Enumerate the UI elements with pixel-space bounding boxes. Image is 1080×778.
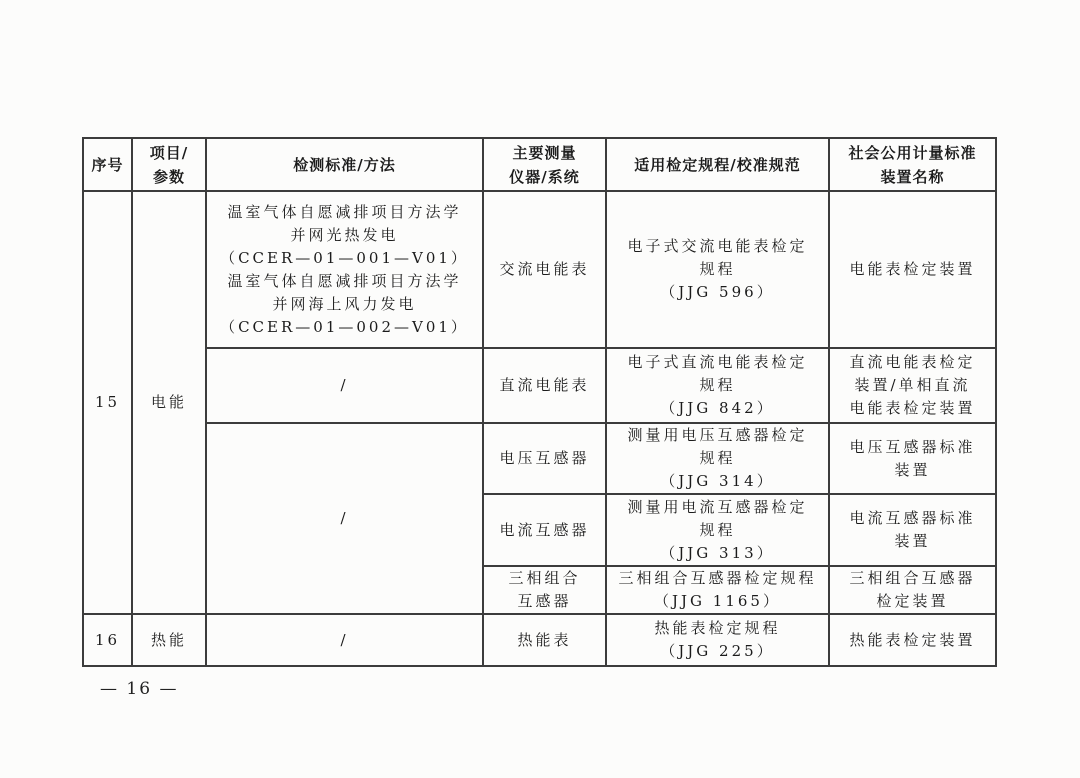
cell-parameter-16: 热能 [132, 614, 206, 666]
cell-instrument-dc-meter: 直流电能表 [483, 348, 606, 423]
cell-method-slash-transformers: / [206, 423, 483, 614]
cell-instrument-voltage-transformer: 电压互感器 [483, 423, 606, 494]
cell-regulation-jjg842: 电子式直流电能表检定 规程 （JJG 842） [606, 348, 829, 423]
cell-regulation-jjg314: 测量用电压互感器检定 规程 （JJG 314） [606, 423, 829, 494]
table-row: 16 热能 / 热能表 热能表检定规程 （JJG 225） 热能表检定装置 [83, 614, 996, 666]
cell-serial-15: 15 [83, 191, 132, 614]
cell-instrument-three-phase: 三相组合 互感器 [483, 566, 606, 614]
cell-device-voltage-transformer: 电压互感器标准 装置 [829, 423, 996, 494]
cell-instrument-current-transformer: 电流互感器 [483, 494, 606, 566]
measurement-standards-table: 序号 项目/ 参数 检测标准/方法 主要测量 仪器/系统 适用检定规程/校准规范… [82, 137, 997, 667]
document-page: 序号 项目/ 参数 检测标准/方法 主要测量 仪器/系统 适用检定规程/校准规范… [0, 0, 1080, 778]
cell-regulation-jjg225: 热能表检定规程 （JJG 225） [606, 614, 829, 666]
header-method: 检测标准/方法 [206, 138, 483, 191]
cell-method-slash-dc: / [206, 348, 483, 423]
header-regulation: 适用检定规程/校准规范 [606, 138, 829, 191]
table-row: 15 电能 温室气体自愿减排项目方法学 并网光热发电 （CCER—01—001—… [83, 191, 996, 348]
cell-device-dc-meter: 直流电能表检定 装置/单相直流 电能表检定装置 [829, 348, 996, 423]
header-parameter: 项目/ 参数 [132, 138, 206, 191]
page-number: — 16 — [100, 679, 178, 699]
cell-regulation-jjg596: 电子式交流电能表检定 规程 （JJG 596） [606, 191, 829, 348]
cell-device-energy-meter: 电能表检定装置 [829, 191, 996, 348]
cell-regulation-jjg1165: 三相组合互感器检定规程 （JJG 1165） [606, 566, 829, 614]
header-serial: 序号 [83, 138, 132, 191]
table-row: / 电压互感器 测量用电压互感器检定 规程 （JJG 314） 电压互感器标准 … [83, 423, 996, 494]
table-row: / 直流电能表 电子式直流电能表检定 规程 （JJG 842） 直流电能表检定 … [83, 348, 996, 423]
cell-method-slash-heat: / [206, 614, 483, 666]
cell-serial-16: 16 [83, 614, 132, 666]
cell-parameter-15: 电能 [132, 191, 206, 614]
header-device: 社会公用计量标准 装置名称 [829, 138, 996, 191]
cell-instrument-ac-meter: 交流电能表 [483, 191, 606, 348]
header-instrument: 主要测量 仪器/系统 [483, 138, 606, 191]
cell-device-three-phase: 三相组合互感器 检定装置 [829, 566, 996, 614]
cell-instrument-heat-meter: 热能表 [483, 614, 606, 666]
cell-device-heat-meter: 热能表检定装置 [829, 614, 996, 666]
cell-method-ccer: 温室气体自愿减排项目方法学 并网光热发电 （CCER—01—001—V01） 温… [206, 191, 483, 348]
cell-regulation-jjg313: 测量用电流互感器检定 规程 （JJG 313） [606, 494, 829, 566]
table-header-row: 序号 项目/ 参数 检测标准/方法 主要测量 仪器/系统 适用检定规程/校准规范… [83, 138, 996, 191]
cell-device-current-transformer: 电流互感器标准 装置 [829, 494, 996, 566]
